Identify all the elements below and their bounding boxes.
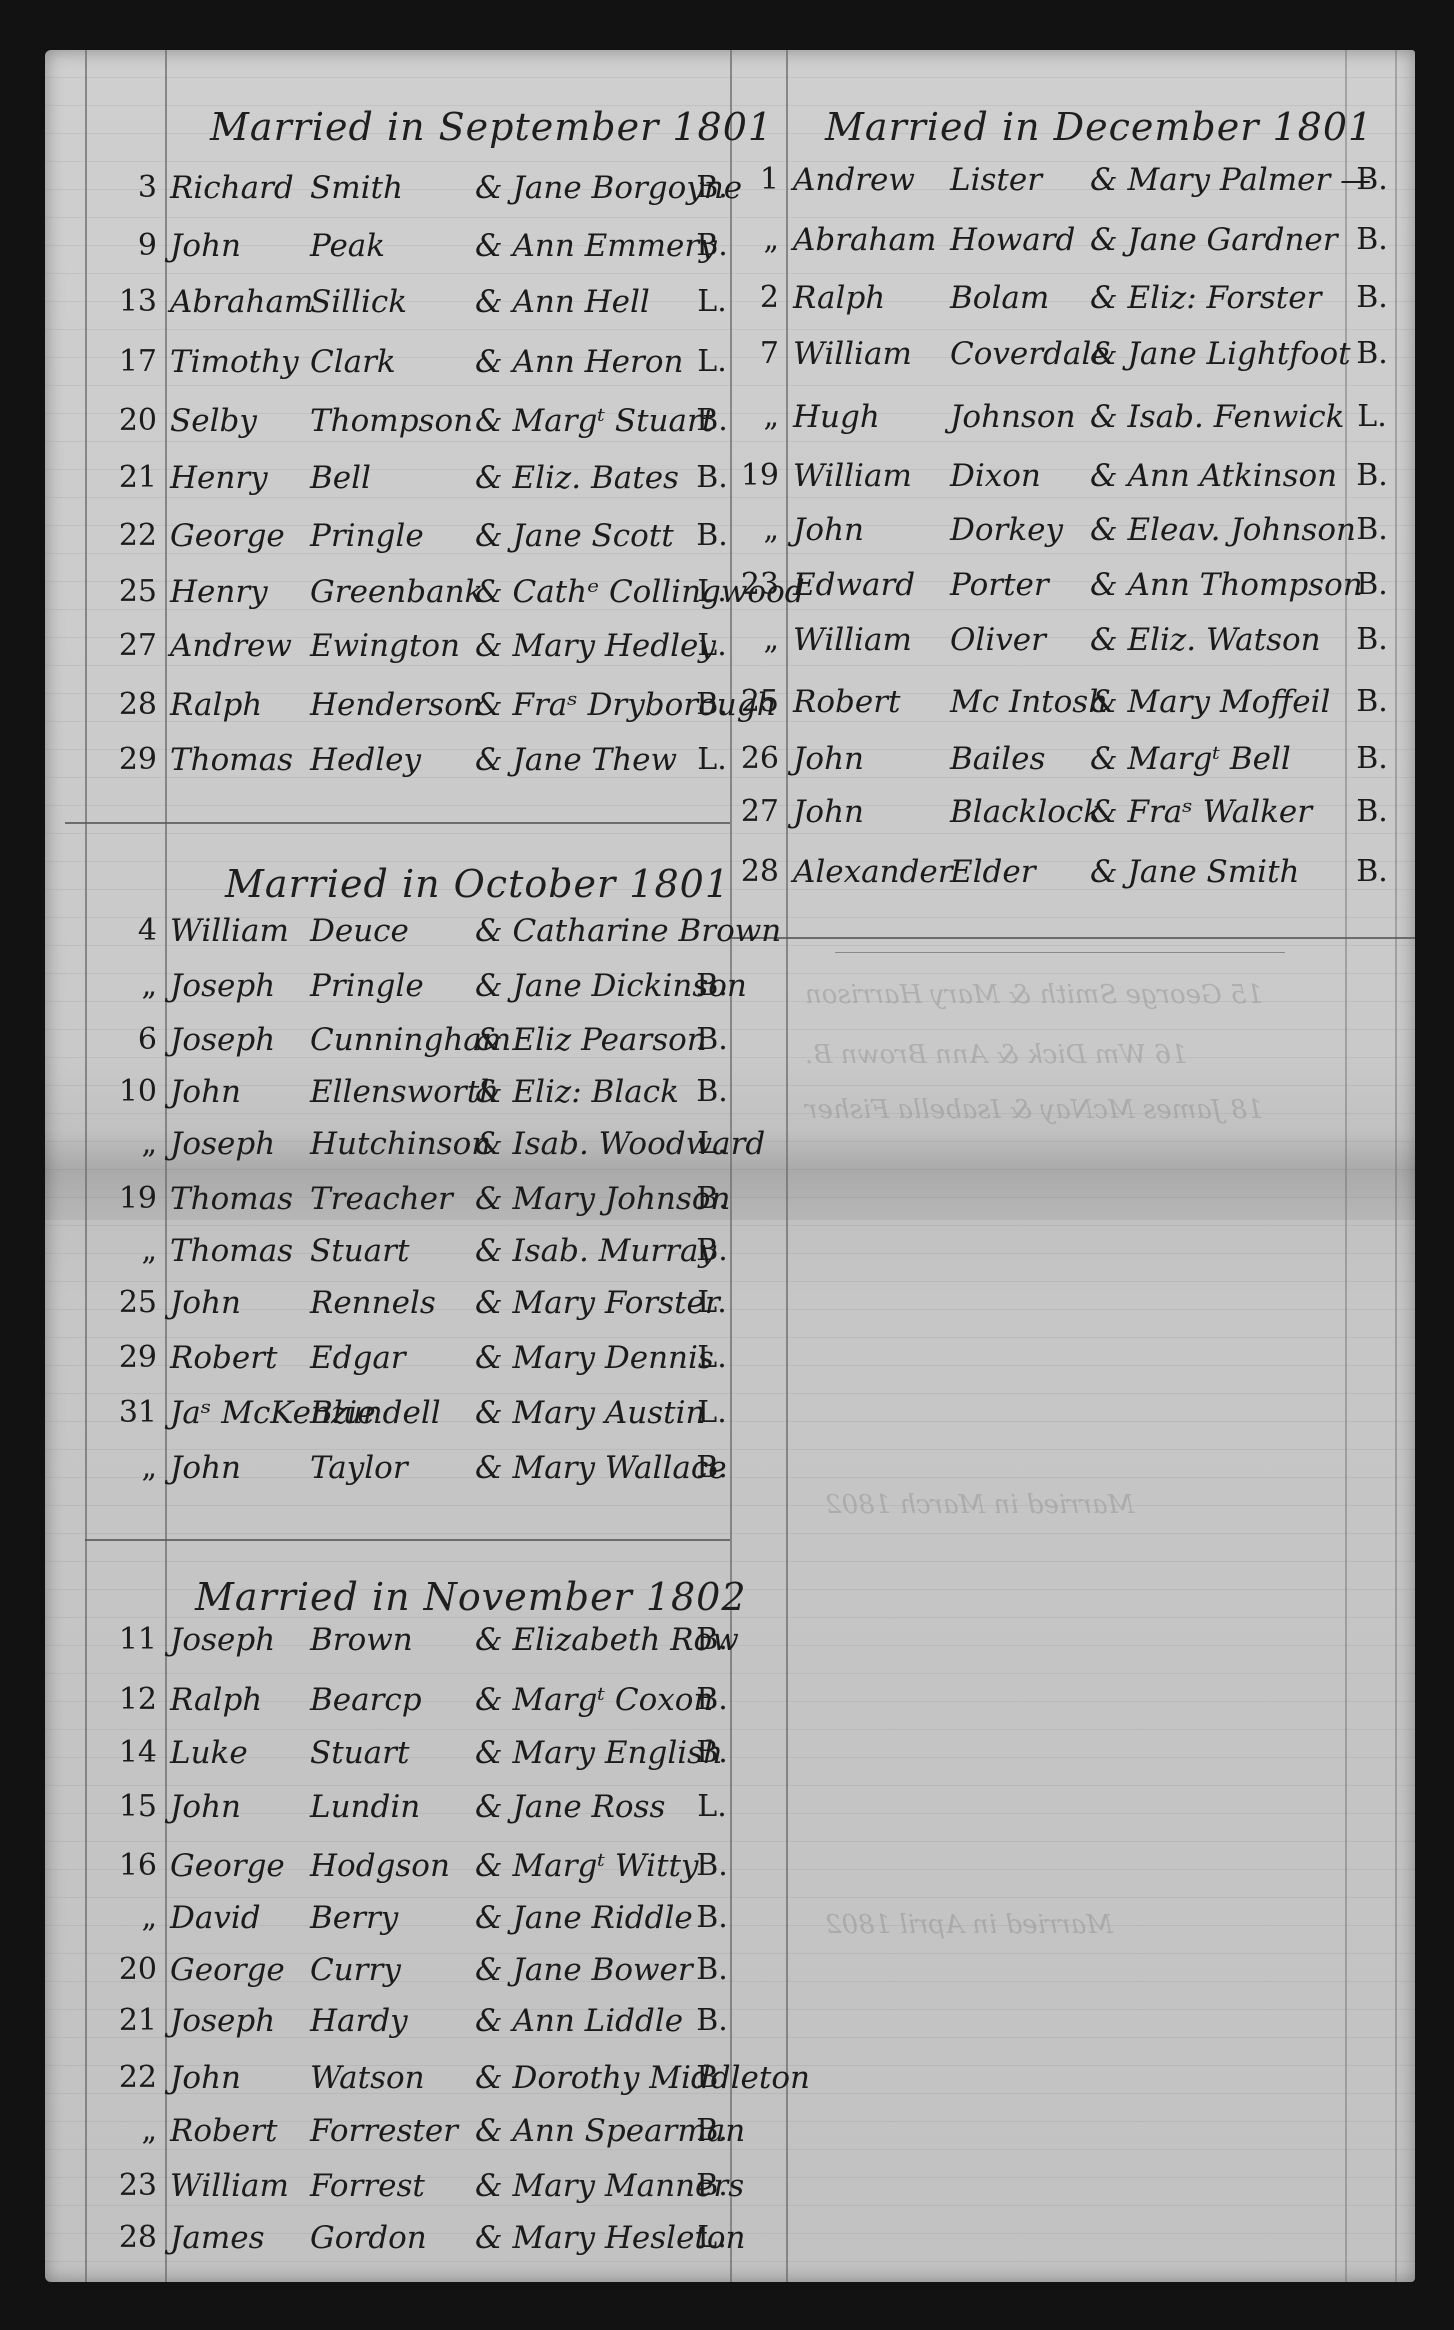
entry-day: 28 — [105, 687, 157, 722]
ampersand: & — [475, 1682, 503, 1718]
bride-cell: & Jane Riddle — [475, 1900, 693, 1936]
register-page: Married in September 1801 Married in Oct… — [45, 50, 1415, 2282]
bride-name: Margᵗ Coxon — [512, 1682, 713, 1718]
ampersand: & — [1090, 567, 1118, 603]
bride-name: Ann Liddle — [512, 2003, 683, 2039]
bride-name: Eliz. Bates — [512, 460, 678, 496]
banns-licence-code: B. — [695, 2168, 729, 2203]
groom-first-name: Andrew — [170, 628, 292, 664]
groom-first-name: Joseph — [170, 1622, 275, 1658]
heading-october-1801: Married in October 1801 — [225, 862, 730, 906]
groom-first-name: Thomas — [170, 742, 293, 778]
ampersand: & — [475, 1900, 503, 1936]
entry-day: 13 — [105, 284, 157, 319]
bride-name: Jane Lightfoot — [1127, 336, 1350, 372]
right-margin-rule — [1395, 50, 1397, 2282]
bride-cell: & Fraˢ Dryborough — [475, 687, 777, 723]
banns-licence-code: L. — [695, 1789, 729, 1824]
banns-licence-code: L. — [695, 1285, 729, 1320]
groom-first-name: Robert — [793, 684, 900, 720]
groom-surname: Blundell — [310, 1395, 441, 1431]
bride-cell: & Eliz: Black — [475, 1074, 679, 1110]
banns-licence-code: B. — [1355, 512, 1389, 547]
bride-name: Margᵗ Stuart — [512, 403, 714, 439]
groom-surname: Treacher — [310, 1181, 453, 1217]
groom-first-name: Abraham — [170, 284, 313, 320]
groom-surname: Hutchinson — [310, 1126, 491, 1162]
bride-cell: & Eliz Pearson — [475, 1022, 707, 1058]
groom-surname: Lister — [950, 162, 1042, 198]
banns-licence-code: B. — [695, 170, 729, 205]
entry-day: „ — [105, 968, 157, 1003]
bride-name: Jane Riddle — [512, 1900, 692, 1936]
groom-surname: Gordon — [310, 2220, 427, 2256]
bride-cell: & Mary Austin — [475, 1395, 705, 1431]
groom-first-name: Robert — [170, 1340, 277, 1376]
groom-surname: Smith — [310, 170, 403, 206]
entry-day: 10 — [105, 1074, 157, 1109]
entry-day: 16 — [105, 1848, 157, 1883]
groom-surname: Hodgson — [310, 1848, 450, 1884]
ampersand: & — [1090, 336, 1118, 372]
bride-name: Margᵗ Bell — [1127, 741, 1290, 777]
ampersand: & — [475, 628, 503, 664]
banns-licence-code: B. — [695, 228, 729, 263]
bride-name: Fraˢ Walker — [1127, 794, 1312, 830]
ampersand: & — [475, 913, 503, 949]
entry-day: 19 — [105, 1181, 157, 1216]
groom-surname: Dixon — [950, 458, 1041, 494]
entry-day: 19 — [735, 458, 779, 493]
groom-first-name: Ralph — [170, 1682, 262, 1718]
october-section-end-rule — [85, 1539, 730, 1541]
entry-day: 4 — [105, 913, 157, 948]
groom-surname: Rennels — [310, 1285, 436, 1321]
ampersand: & — [475, 2003, 503, 2039]
entry-day: 6 — [105, 1022, 157, 1057]
entry-day: 28 — [105, 2220, 157, 2255]
entry-day: 20 — [105, 1952, 157, 1987]
bride-cell: & Ann Thompson — [1090, 567, 1363, 603]
groom-first-name: George — [170, 518, 285, 554]
groom-surname: Henderson — [310, 687, 483, 723]
entry-day: 31 — [105, 1395, 157, 1430]
bride-cell: & Jane Thew — [475, 742, 677, 778]
groom-first-name: Joseph — [170, 1022, 275, 1058]
groom-surname: Thompson — [310, 403, 473, 439]
bride-cell: & Ann Hell — [475, 284, 650, 320]
groom-surname: Sillick — [310, 284, 407, 320]
groom-first-name: Ralph — [793, 280, 885, 316]
groom-surname: Howard — [950, 222, 1075, 258]
bride-name: Eliz Pearson — [512, 1022, 706, 1058]
bride-cell: & Mary Johnson — [475, 1181, 730, 1217]
groom-surname: Elder — [950, 854, 1036, 890]
ampersand: & — [475, 574, 503, 610]
ampersand: & — [475, 1233, 503, 1269]
ampersand: & — [1090, 399, 1118, 435]
banns-licence-code: B. — [1355, 336, 1389, 371]
groom-first-name: Thomas — [170, 1181, 293, 1217]
entry-day: 11 — [105, 1622, 157, 1657]
december-section-end-rule — [730, 937, 1415, 939]
groom-first-name: Ralph — [170, 687, 262, 723]
banns-licence-code: L. — [695, 284, 729, 319]
bride-name: Jane Scott — [512, 518, 673, 554]
banns-licence-code: B. — [695, 2003, 729, 2038]
ampersand: & — [475, 228, 503, 264]
ampersand: & — [475, 1126, 503, 1162]
groom-surname: Edgar — [310, 1340, 406, 1376]
banns-licence-code: B. — [1355, 741, 1389, 776]
ampersand: & — [475, 1395, 503, 1431]
groom-surname: Peak — [310, 228, 385, 264]
groom-first-name: John — [170, 1450, 241, 1486]
bride-cell: & Dorothy Middleton — [475, 2060, 810, 2096]
ampersand: & — [1090, 280, 1118, 316]
entry-day: 22 — [105, 518, 157, 553]
groom-surname: Bailes — [950, 741, 1045, 777]
bride-cell: & Mary Dennis — [475, 1340, 714, 1376]
entry-day: 7 — [735, 336, 779, 371]
bleed-through-text: 16 Wm Dick & Ann Brown B. — [805, 1040, 1188, 1070]
groom-first-name: John — [170, 1285, 241, 1321]
banns-licence-code: B. — [695, 460, 729, 495]
bride-name: Jane Ross — [512, 1789, 665, 1825]
bride-name: Eliz: Forster — [1127, 280, 1321, 316]
bride-cell: & Eliz: Forster — [1090, 280, 1321, 316]
groom-first-name: Joseph — [170, 2003, 275, 2039]
entry-day: „ — [105, 1233, 157, 1268]
groom-first-name: John — [170, 1074, 241, 1110]
ampersand: & — [1090, 458, 1118, 494]
bride-cell: & Margᵗ Coxon — [475, 1682, 713, 1718]
ampersand: & — [1090, 222, 1118, 258]
groom-first-name: John — [793, 741, 864, 777]
ampersand: & — [1090, 854, 1118, 890]
bride-cell: & Jane Scott — [475, 518, 674, 554]
ampersand: & — [475, 1340, 503, 1376]
banns-licence-code: B. — [1355, 684, 1389, 719]
groom-first-name: Abraham — [793, 222, 936, 258]
banns-licence-code: B. — [695, 1450, 729, 1485]
ampersand: & — [475, 968, 503, 1004]
groom-first-name: Hugh — [793, 399, 880, 435]
bride-cell: & Ann Emmery — [475, 228, 717, 264]
banns-licence-code: B. — [695, 2113, 729, 2148]
bride-name: Ann Thompson — [1127, 567, 1362, 603]
bride-cell: & Jane Ross — [475, 1789, 665, 1825]
entry-day: 23 — [105, 2168, 157, 2203]
bride-cell: & Margᵗ Witty — [475, 1848, 699, 1884]
bride-name: Mary Moffeil — [1127, 684, 1330, 720]
banns-licence-code: B. — [695, 1952, 729, 1987]
entry-day: 26 — [735, 741, 779, 776]
entry-day: 27 — [735, 794, 779, 829]
banns-licence-code: B. — [695, 1181, 729, 1216]
ampersand: & — [475, 1622, 503, 1658]
bride-cell: & Eliz. Bates — [475, 460, 679, 496]
entry-day: 28 — [735, 854, 779, 889]
groom-first-name: Alexander — [793, 854, 953, 890]
bride-name: Margᵗ Witty — [512, 1848, 698, 1884]
banns-licence-code: B. — [695, 1074, 729, 1109]
groom-surname: Oliver — [950, 622, 1046, 658]
groom-surname: Greenbank — [310, 574, 483, 610]
groom-surname: Ellensworth — [310, 1074, 499, 1110]
bleed-through-text: Married in April 1802 — [825, 1910, 1113, 1940]
banns-licence-code: B. — [695, 968, 729, 1003]
groom-first-name: Henry — [170, 460, 268, 496]
ampersand: & — [475, 2168, 503, 2204]
ampersand: & — [475, 2113, 503, 2149]
bride-name: Mary Dennis — [512, 1340, 713, 1376]
groom-surname: Bearcp — [310, 1682, 422, 1718]
ampersand: & — [475, 1450, 503, 1486]
groom-first-name: William — [170, 913, 289, 949]
bride-cell: & Jane Smith — [1090, 854, 1300, 890]
banns-licence-code: B. — [1355, 854, 1389, 889]
bride-cell: & Mary Hedley — [475, 628, 716, 664]
banns-licence-code: L. — [695, 742, 729, 777]
right-code-column-rule — [1345, 50, 1347, 2282]
ampersand: & — [475, 170, 503, 206]
groom-surname: Hedley — [310, 742, 421, 778]
groom-first-name: John — [793, 512, 864, 548]
bride-cell: & Ann Liddle — [475, 2003, 683, 2039]
banns-licence-code: L. — [695, 1395, 729, 1430]
bleed-through-text: 18 James McNay & Isabella Fisher — [805, 1095, 1264, 1125]
groom-surname: Taylor — [310, 1450, 408, 1486]
entry-day: 29 — [105, 742, 157, 777]
entry-day: 25 — [735, 684, 779, 719]
ampersand: & — [1090, 794, 1118, 830]
banns-licence-code: L. — [695, 344, 729, 379]
ampersand: & — [475, 1285, 503, 1321]
ampersand: & — [475, 1074, 503, 1110]
ampersand: & — [475, 460, 503, 496]
ampersand: & — [475, 2220, 503, 2256]
banns-licence-code: L. — [695, 574, 729, 609]
bride-cell: & Isab. Murray — [475, 1233, 716, 1269]
banns-licence-code: B. — [695, 1233, 729, 1268]
groom-first-name: John — [793, 794, 864, 830]
entry-day: „ — [735, 622, 779, 657]
groom-surname: Bolam — [950, 280, 1049, 316]
entry-day: 23 — [735, 567, 779, 602]
bride-cell: & Mary Forster — [475, 1285, 720, 1321]
banns-licence-code: B. — [695, 1022, 729, 1057]
ampersand: & — [475, 344, 503, 380]
bride-name: Mary Palmer — — [1127, 162, 1371, 198]
groom-surname: Coverdale — [950, 336, 1110, 372]
bride-name: Jane Smith — [1127, 854, 1299, 890]
bride-name: Catharine Brown — [512, 913, 781, 949]
groom-surname: Deuce — [310, 913, 409, 949]
bride-cell: & Jane Lightfoot — [1090, 336, 1351, 372]
bride-name: Mary Forster — [512, 1285, 719, 1321]
groom-first-name: Thomas — [170, 1233, 293, 1269]
groom-surname: Forrester — [310, 2113, 458, 2149]
bride-name: Mary English — [512, 1735, 723, 1771]
bride-cell: & Mary English — [475, 1735, 723, 1771]
bride-name: Isab. Murray — [512, 1233, 716, 1269]
bride-cell: & Isab. Fenwick — [1090, 399, 1344, 435]
bride-cell: & Margᵗ Stuart — [475, 403, 714, 439]
banns-licence-code: B. — [695, 1682, 729, 1717]
heading-december-1801: Married in December 1801 — [825, 105, 1373, 149]
left-day-column-rule — [165, 50, 167, 2282]
ampersand: & — [1090, 622, 1118, 658]
groom-first-name: Henry — [170, 574, 268, 610]
entry-day: 22 — [105, 2060, 157, 2095]
groom-surname: Clark — [310, 344, 396, 380]
bride-name: Jane Bower — [512, 1952, 692, 1988]
groom-surname: Dorkey — [950, 512, 1063, 548]
banns-licence-code: B. — [1355, 162, 1389, 197]
entry-day: „ — [105, 1900, 157, 1935]
ampersand: & — [475, 1181, 503, 1217]
bride-name: Eliz. Watson — [1127, 622, 1320, 658]
bride-name: Eleav. Johnson — [1127, 512, 1355, 548]
entry-day: 21 — [105, 2003, 157, 2038]
bride-cell: & Margᵗ Bell — [1090, 741, 1291, 777]
bride-name: Isab. Fenwick — [1127, 399, 1344, 435]
groom-first-name: Luke — [170, 1735, 248, 1771]
bride-cell: & Jane Bower — [475, 1952, 693, 1988]
banns-licence-code: L. — [695, 1340, 729, 1375]
entry-day: 2 — [735, 280, 779, 315]
bride-cell: & Mary Wallace — [475, 1450, 727, 1486]
december-flourish-rule — [835, 952, 1285, 953]
groom-first-name: George — [170, 1952, 285, 1988]
banns-licence-code: B. — [1355, 280, 1389, 315]
banns-licence-code: L. — [695, 628, 729, 663]
entry-day: 15 — [105, 1789, 157, 1824]
bride-name: Ann Heron — [512, 344, 683, 380]
groom-surname: Pringle — [310, 518, 424, 554]
bride-cell: & Mary Moffeil — [1090, 684, 1330, 720]
groom-first-name: William — [170, 2168, 289, 2204]
groom-surname: Stuart — [310, 1233, 409, 1269]
banns-licence-code: B. — [1355, 222, 1389, 257]
banns-licence-code: B. — [695, 1900, 729, 1935]
groom-first-name: David — [170, 1900, 261, 1936]
groom-first-name: William — [793, 458, 912, 494]
groom-first-name: William — [793, 622, 912, 658]
ampersand: & — [475, 518, 503, 554]
groom-surname: Bell — [310, 460, 371, 496]
groom-surname: Watson — [310, 2060, 425, 2096]
entry-day: 3 — [105, 170, 157, 205]
banns-licence-code: B. — [695, 687, 729, 722]
groom-first-name: Joseph — [170, 968, 275, 1004]
entry-day: 27 — [105, 628, 157, 663]
banns-licence-code: B. — [1355, 458, 1389, 493]
groom-surname: Ewington — [310, 628, 460, 664]
entry-day: 12 — [105, 1682, 157, 1717]
bride-cell: & Mary Palmer — — [1090, 162, 1371, 198]
groom-first-name: Edward — [793, 567, 915, 603]
bride-name: Mary Hedley — [512, 628, 715, 664]
ampersand: & — [475, 2060, 503, 2096]
ampersand: & — [475, 403, 503, 439]
banns-licence-code: L. — [1355, 399, 1389, 434]
ampersand: & — [475, 1735, 503, 1771]
groom-surname: Brown — [310, 1622, 413, 1658]
entry-day: 20 — [105, 403, 157, 438]
bride-name: Dorothy Middleton — [512, 2060, 809, 2096]
banns-licence-code: B. — [695, 2060, 729, 2095]
bride-cell: & Ann Atkinson — [1090, 458, 1337, 494]
bride-name: Ann Emmery — [512, 228, 716, 264]
groom-first-name: Andrew — [793, 162, 915, 198]
bride-name: Eliz: Black — [512, 1074, 678, 1110]
ampersand: & — [475, 1022, 503, 1058]
entry-day: „ — [105, 1450, 157, 1485]
ampersand: & — [1090, 162, 1118, 198]
banns-licence-code: B. — [1355, 794, 1389, 829]
bride-cell: & Fraˢ Walker — [1090, 794, 1312, 830]
entry-day: 29 — [105, 1340, 157, 1375]
groom-first-name: Selby — [170, 403, 257, 439]
banns-licence-code: B. — [695, 1735, 729, 1770]
entry-day: 25 — [105, 1285, 157, 1320]
bride-name: Ann Hell — [512, 284, 649, 320]
groom-surname: Johnson — [950, 399, 1076, 435]
bride-cell: & Jane Gardner — [1090, 222, 1338, 258]
banns-licence-code: B. — [695, 518, 729, 553]
entry-day: „ — [735, 399, 779, 434]
left-margin-rule — [85, 50, 87, 2282]
bride-cell: & Catharine Brown — [475, 913, 781, 949]
groom-first-name: George — [170, 1848, 285, 1884]
groom-surname: Lundin — [310, 1789, 420, 1825]
bride-cell: & Eleav. Johnson — [1090, 512, 1356, 548]
banns-licence-code: L. — [695, 2220, 729, 2255]
entry-day: 25 — [105, 574, 157, 609]
groom-surname: Porter — [950, 567, 1049, 603]
bleed-through-text: 15 George Smith & Mary Harrison — [805, 980, 1263, 1010]
ampersand: & — [475, 284, 503, 320]
entry-day: 1 — [735, 162, 779, 197]
groom-surname: Blacklock — [950, 794, 1102, 830]
groom-first-name: John — [170, 2060, 241, 2096]
september-section-end-rule — [65, 822, 730, 824]
entry-day: „ — [735, 512, 779, 547]
ampersand: & — [1090, 512, 1118, 548]
entry-day: 17 — [105, 344, 157, 379]
bride-name: Ann Atkinson — [1127, 458, 1337, 494]
groom-surname: Forrest — [310, 2168, 425, 2204]
groom-surname: Berry — [310, 1900, 398, 1936]
groom-surname: Mc Intosh — [950, 684, 1108, 720]
bride-name: Jane Thew — [512, 742, 677, 778]
heading-september-1801: Married in September 1801 — [210, 105, 773, 149]
ampersand: & — [475, 742, 503, 778]
entry-day: 9 — [105, 228, 157, 263]
groom-surname: Hardy — [310, 2003, 408, 2039]
right-day-column-rule — [786, 50, 788, 2282]
entry-day: „ — [735, 222, 779, 257]
ampersand: & — [475, 1952, 503, 1988]
groom-first-name: Robert — [170, 2113, 277, 2149]
ampersand: & — [475, 1848, 503, 1884]
banns-licence-code: B. — [1355, 622, 1389, 657]
entry-day: 21 — [105, 460, 157, 495]
groom-first-name: James — [170, 2220, 265, 2256]
groom-first-name: Richard — [170, 170, 294, 206]
